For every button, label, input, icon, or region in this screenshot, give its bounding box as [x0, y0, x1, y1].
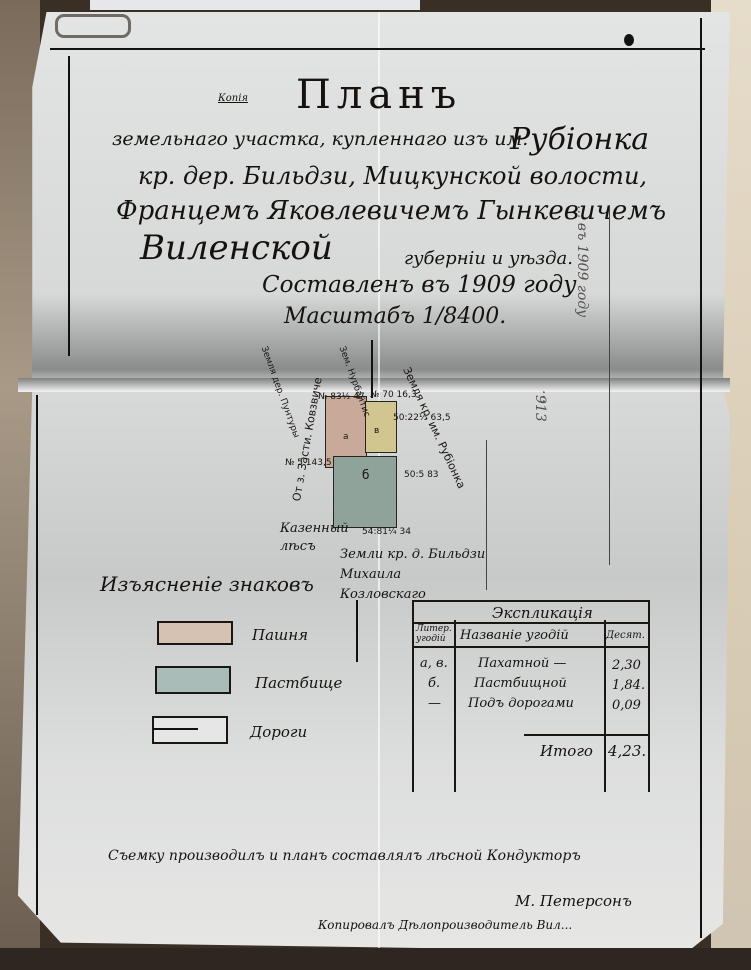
- row-name: Пастбищной: [474, 676, 567, 691]
- background-table-edge: [0, 948, 751, 970]
- total-value: 4,23.: [608, 742, 646, 760]
- legend-title: Изъясненіе знаковъ: [100, 572, 314, 596]
- legend-swatch-roads: [152, 716, 228, 744]
- map-label: б: [362, 468, 369, 482]
- compiled-date: Составленъ въ 1909 году: [262, 272, 577, 298]
- pencil-note-3: 913: [532, 395, 548, 422]
- pencil-note-1: ... въ 1909 году: [574, 205, 590, 317]
- map-label: 54:81¼ 34: [362, 527, 411, 537]
- frame-top-line: [50, 48, 705, 50]
- surveyor-signature: М. Петерсонъ: [515, 892, 632, 910]
- frame-right-line: [700, 18, 702, 938]
- page-title: Планъ: [296, 72, 462, 118]
- map-scale: Масштабъ 1/8400.: [284, 304, 506, 329]
- map-label: № 70 16,3: [370, 390, 417, 400]
- row-area: 1,84.: [612, 678, 645, 693]
- heading-estate-name: Рубіонка: [510, 122, 649, 157]
- table-divider: [414, 646, 648, 648]
- background-paper-strip: [90, 0, 420, 10]
- copy-mark: Копія: [218, 93, 248, 104]
- surveyor-statement: Съемку производилъ и планъ составлялъ лѣ…: [108, 848, 581, 864]
- map-label: № 5 143,5: [285, 458, 332, 468]
- row-name: Подъ дорогами: [468, 696, 574, 711]
- legend-swatch-pasture: [155, 666, 231, 694]
- header-area: Десят.: [606, 630, 645, 641]
- map-label-neighbor: Земли кр. д. Бильдзи Михаила Козловскаго: [340, 545, 490, 605]
- total-label: Итого: [540, 742, 593, 760]
- legend-swatch-arable: [157, 621, 233, 645]
- explication-table: Экспликація Литер. угодій Названіе угоді…: [412, 600, 650, 792]
- map-label-forest: Казенный лѣсъ: [280, 520, 340, 556]
- copyist-statement: Копировалъ Дѣлопроизводитель Вил...: [318, 918, 572, 932]
- map-label: № 83½ 47: [318, 392, 365, 402]
- map-label: 50:22½ 63,5: [393, 413, 451, 423]
- heading-line-2: кр. дер. Бильдзи, Мицкунской волости,: [138, 162, 647, 190]
- heading-line-4b: губерніи и уѣзда.: [404, 248, 573, 269]
- header-letter: Литер. угодій: [416, 624, 454, 644]
- ink-blot: [624, 34, 634, 46]
- heading-gubernia: Виленской: [140, 228, 333, 268]
- total-underline: [524, 734, 648, 736]
- heading-line-1: земельнаго участка, купленнаго изъ им.: [112, 128, 528, 150]
- map-label: в: [374, 426, 379, 436]
- row-letter: —: [428, 696, 441, 711]
- parcel-b: [333, 456, 397, 528]
- row-area: 2,30: [612, 658, 641, 673]
- legend-label-pasture: Пастбище: [255, 674, 342, 692]
- map-label: а: [343, 432, 349, 442]
- frame-left-line: [68, 56, 70, 356]
- parcel-v: [365, 401, 397, 453]
- pencil-line: [609, 205, 610, 565]
- row-letter: б.: [428, 676, 440, 691]
- header-name: Названіе угодій: [460, 628, 569, 643]
- row-area: 0,09: [612, 698, 641, 713]
- table-title: Экспликація: [492, 604, 593, 622]
- row-letter: а, в.: [420, 656, 448, 671]
- frame-left-line-lower: [36, 395, 38, 915]
- legend-label-roads: Дороги: [250, 723, 307, 741]
- map-label: 50:5 83: [404, 470, 439, 480]
- legend-label-arable: Пашня: [252, 626, 308, 644]
- row-name: Пахатной —: [478, 656, 566, 671]
- paper-clip-icon: [55, 14, 131, 38]
- compass-needle: [356, 600, 358, 662]
